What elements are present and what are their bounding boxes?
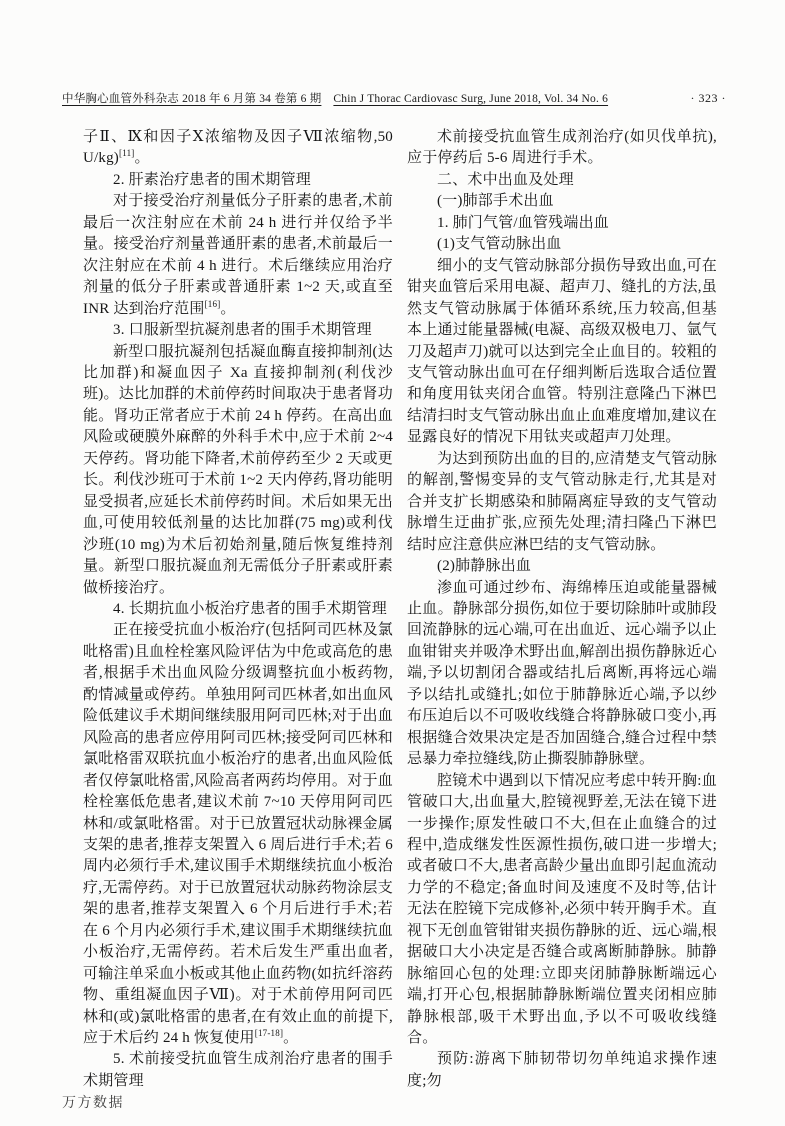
paragraph: 术前接受抗血管生成剂治疗(如贝伐单抗),应于停药后 5-6 周进行手术。 [407, 127, 717, 170]
paragraph: 对于接受治疗剂量低分子肝素的患者,术前最后一次注射应在术前 24 h 进行并仅给… [83, 191, 393, 320]
reference-marker: [17-18] [255, 1028, 283, 1038]
section-heading: (2)肺静脉出血 [407, 556, 717, 577]
paragraph: 预防:游离下肺韧带切勿单纯追求操作速度;勿 [407, 1049, 717, 1092]
journal-title: 中华胸心血管外科杂志 2018 年 6 月第 34 卷第 6 期Chin J T… [62, 90, 608, 106]
section-heading: (1)支气管动脉出血 [407, 234, 717, 255]
reference-marker: [16] [205, 299, 221, 309]
article-body: 子Ⅱ、Ⅸ和因子Ⅹ浓缩物及因子Ⅶ浓缩物,50 U/kg)[11]。2. 肝素治疗患… [83, 127, 717, 1092]
paragraph: 细小的支气管动脉部分损伤导致出血,可在钳夹血管后采用电凝、超声刀、缝扎的方法,虽… [407, 256, 717, 449]
section-heading: 5. 术前接受抗血管生成剂治疗患者的围手术期管理 [83, 1049, 393, 1092]
paragraph: 正在接受抗血小板治疗(包括阿司匹林及氯吡格雷)且血栓栓塞风险评估为中危或高危的患… [83, 620, 393, 1049]
wanfang-watermark: 万方数据 [62, 1092, 124, 1112]
section-heading: 二、术中出血及处理 [407, 170, 717, 191]
paragraph: 为达到预防出血的目的,应清楚支气管动脉的解剖,警惕变异的支气管动脉走行,尤其是对… [407, 449, 717, 556]
paragraph: 渗血可通过纱布、海绵棒压迫或能量器械止血。静脉部分损伤,如位于要切除肺叶或肺段回… [407, 578, 717, 771]
journal-title-cn: 中华胸心血管外科杂志 2018 年 6 月第 34 卷第 6 期 [62, 93, 321, 105]
paragraph: 子Ⅱ、Ⅸ和因子Ⅹ浓缩物及因子Ⅶ浓缩物,50 U/kg)[11]。 [83, 127, 393, 170]
section-heading: 3. 口服新型抗凝剂患者的围手术期管理 [83, 320, 393, 341]
left-column: 子Ⅱ、Ⅸ和因子Ⅹ浓缩物及因子Ⅶ浓缩物,50 U/kg)[11]。2. 肝素治疗患… [83, 127, 393, 1092]
right-column: 术前接受抗血管生成剂治疗(如贝伐单抗),应于停药后 5-6 周进行手术。二、术中… [407, 127, 717, 1092]
section-heading: 4. 长期抗血小板治疗患者的围手术期管理 [83, 599, 393, 620]
page-number: · 323 · [691, 91, 727, 106]
section-heading: 2. 肝素治疗患者的围术期管理 [83, 170, 393, 191]
reference-marker: [11] [119, 148, 134, 158]
page-header: 中华胸心血管外科杂志 2018 年 6 月第 34 卷第 6 期Chin J T… [62, 90, 726, 106]
journal-title-en: Chin J Thorac Cardiovasc Surg, June 2018… [333, 93, 608, 105]
paragraph: 新型口服抗凝剂包括凝血酶直接抑制剂(达比加群)和凝血因子 Xa 直接抑制剂(利伐… [83, 342, 393, 599]
section-heading: 1. 肺门气管/血管残端出血 [407, 213, 717, 234]
paragraph: 腔镜术中遇到以下情况应考虑中转开胸:血管破口大,出血量大,腔镜视野差,无法在镜下… [407, 771, 717, 1050]
section-heading: (一)肺部手术出血 [407, 191, 717, 212]
